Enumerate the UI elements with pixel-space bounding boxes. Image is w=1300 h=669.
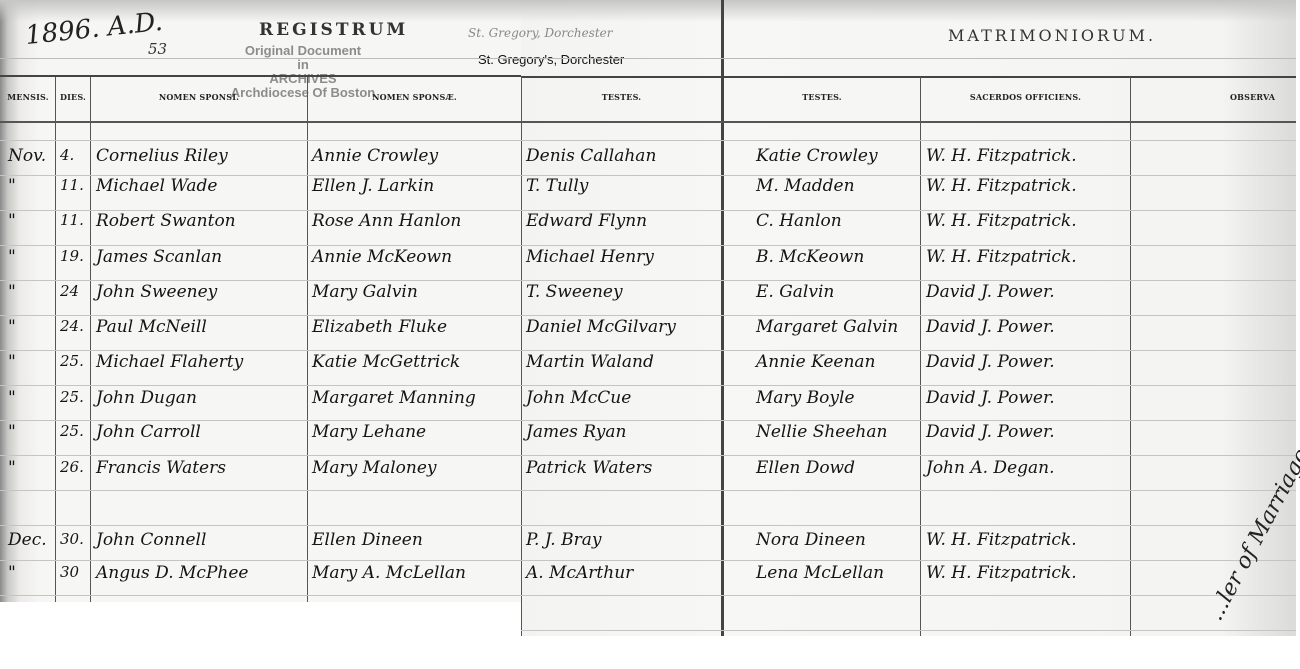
ruled-line [0, 280, 521, 281]
entry-testis-1: John McCue [526, 388, 631, 408]
entry-sponsus: Robert Swanton [96, 211, 236, 231]
entry-sponsus: Michael Flaherty [96, 352, 243, 372]
entry-sponsus: John Carroll [96, 422, 201, 442]
entry-dies: 30 [60, 563, 79, 581]
register-title-right: MATRIMONIORUM. [948, 26, 1156, 45]
ruled-line [0, 420, 521, 421]
entry-testis-1: A. McArthur [526, 563, 633, 583]
entry-mensis: " [8, 422, 16, 442]
entry-sacerdos: David J. Power. [926, 388, 1055, 408]
entry-sacerdos: David J. Power. [926, 317, 1055, 337]
ruled-line [521, 420, 1296, 421]
entry-sponsus: Angus D. McPhee [96, 563, 248, 583]
entry-testis-2: Lena McLellan [756, 563, 884, 583]
ruled-line [521, 525, 1296, 526]
entry-testis-2: Mary Boyle [756, 388, 855, 408]
entry-sponsus: John Connell [96, 530, 206, 550]
header-rule-bottom-left [0, 121, 521, 123]
entry-sacerdos: W. H. Fitzpatrick. [926, 247, 1077, 267]
entry-mensis: " [8, 282, 16, 302]
col-header-observa: OBSERVA [1230, 92, 1300, 102]
entry-sponsa: Annie Crowley [312, 146, 438, 166]
entry-testis-2: Nellie Sheehan [756, 422, 887, 442]
col-divider [521, 77, 522, 636]
entry-mensis: " [8, 247, 16, 267]
entry-sacerdos: W. H. Fitzpatrick. [926, 211, 1077, 231]
entry-sponsa: Mary Galvin [312, 282, 418, 302]
entry-mensis: " [8, 176, 16, 196]
entry-testis-2: Katie Crowley [756, 146, 878, 166]
ruled-line [0, 525, 521, 526]
entry-sponsus: Cornelius Riley [96, 146, 228, 166]
entry-sponsa: Ellen J. Larkin [312, 176, 434, 196]
entry-testis-2: E. Galvin [756, 282, 834, 302]
col-divider [1130, 77, 1131, 636]
entry-dies: 25. [60, 422, 84, 440]
entry-testis-1: Martin Waland [526, 352, 654, 372]
entry-sacerdos: W. H. Fitzpatrick. [926, 176, 1077, 196]
entry-testis-1: Michael Henry [526, 247, 654, 267]
ruled-line [521, 595, 1296, 596]
ruled-line [521, 490, 1296, 491]
ruled-line [521, 245, 1296, 246]
entry-dies: 24. [60, 317, 84, 335]
ruled-line [521, 140, 1296, 141]
entry-sponsus: John Sweeney [96, 282, 217, 302]
entry-sponsa: Annie McKeown [312, 247, 452, 267]
ruled-line [0, 490, 521, 491]
entry-sponsa: Katie McGettrick [312, 352, 460, 372]
page-number: 53 [148, 40, 167, 58]
entry-dies: 25. [60, 352, 84, 370]
entry-dies: 25. [60, 388, 84, 406]
entry-testis-2: M. Madden [756, 176, 855, 196]
header-rule-bottom-right [521, 121, 1296, 123]
entry-mensis: " [8, 563, 16, 583]
entry-dies: 19. [60, 247, 84, 265]
ruled-line [521, 315, 1296, 316]
entry-sponsa: Margaret Manning [312, 388, 476, 408]
ruled-line [0, 385, 521, 386]
entry-testis-2: Annie Keenan [756, 352, 875, 372]
entry-sacerdos: W. H. Fitzpatrick. [926, 530, 1077, 550]
ruled-line [521, 560, 1296, 561]
col-header-sponsa: NOMEN SPONSÆ. [308, 92, 521, 102]
col-divider [920, 77, 921, 636]
col-header-testes-1: TESTES. [522, 92, 721, 102]
entry-sponsa: Mary Lehane [312, 422, 426, 442]
ruled-line [521, 455, 1296, 456]
entry-sacerdos: John A. Degan. [926, 458, 1055, 478]
ruled-line [521, 630, 1296, 631]
col-divider [55, 77, 56, 602]
entry-testis-1: T. Tully [526, 176, 588, 196]
register-title-left: REGISTRUM [259, 20, 408, 40]
pencil-parish-note: St. Gregory, Dorchester [468, 26, 613, 40]
entry-mensis: Dec. [8, 530, 47, 550]
entry-sacerdos: David J. Power. [926, 282, 1055, 302]
entry-testis-2: Margaret Galvin [756, 317, 898, 337]
entry-sacerdos: David J. Power. [926, 422, 1055, 442]
entry-testis-1: Daniel McGilvary [526, 317, 676, 337]
entry-testis-1: James Ryan [526, 422, 626, 442]
entry-mensis: " [8, 458, 16, 478]
entry-sponsa: Mary A. McLellan [312, 563, 466, 583]
entry-mensis: " [8, 317, 16, 337]
header-rule-top-right [521, 76, 1296, 78]
entry-mensis: Nov. [8, 146, 46, 166]
entry-testis-2: B. McKeown [756, 247, 864, 267]
entry-mensis: " [8, 211, 16, 231]
col-header-sponsus: NOMEN SPONSI. [91, 92, 307, 102]
entry-testis-1: Denis Callahan [526, 146, 656, 166]
entry-testis-2: C. Hanlon [756, 211, 842, 231]
entry-sponsa: Ellen Dineen [312, 530, 423, 550]
entry-testis-1: Patrick Waters [526, 458, 652, 478]
entry-dies: 24 [60, 282, 79, 300]
entry-dies: 11. [60, 176, 84, 194]
col-header-dies: DIES. [56, 92, 90, 102]
entry-sponsa: Mary Maloney [312, 458, 437, 478]
entry-sponsa: Elizabeth Fluke [312, 317, 447, 337]
ruled-line [521, 280, 1296, 281]
entry-dies: 4. [60, 146, 74, 164]
header-rule-top-left [0, 75, 521, 77]
ruled-line [0, 140, 521, 141]
entry-dies: 30. [60, 530, 84, 548]
entry-sacerdos: W. H. Fitzpatrick. [926, 146, 1077, 166]
entry-testis-1: T. Sweeney [526, 282, 623, 302]
entry-sponsus: Paul McNeill [96, 317, 207, 337]
col-divider [307, 77, 308, 602]
col-header-sacerdos: SACERDOS OFFICIENS. [921, 92, 1130, 102]
parish-caption: St. Gregory's, Dorchester [478, 52, 624, 67]
entry-dies: 11. [60, 211, 84, 229]
title-underline [0, 58, 1296, 59]
ruled-line [0, 245, 521, 246]
entry-sponsus: James Scanlan [96, 247, 222, 267]
entry-testis-2: Nora Dineen [756, 530, 866, 550]
entry-testis-2: Ellen Dowd [756, 458, 855, 478]
ruled-line [521, 350, 1296, 351]
entry-sponsa: Rose Ann Hanlon [312, 211, 461, 231]
page-edge-shadow [0, 0, 1296, 22]
col-divider [90, 77, 91, 602]
entry-testis-1: P. J. Bray [526, 530, 601, 550]
entry-sponsus: Francis Waters [96, 458, 226, 478]
col-header-mensis: MENSIS. [2, 92, 54, 102]
ruled-line [521, 385, 1296, 386]
ruled-line [0, 455, 521, 456]
entry-testis-1: Edward Flynn [526, 211, 647, 231]
ruled-line [521, 175, 1296, 176]
entry-mensis: " [8, 388, 16, 408]
ruled-line [0, 350, 521, 351]
entry-sponsus: Michael Wade [96, 176, 217, 196]
col-header-testes-2: TESTES. [724, 92, 920, 102]
ruled-line [0, 595, 521, 596]
ruled-line [0, 315, 521, 316]
entry-dies: 26. [60, 458, 84, 476]
entry-mensis: " [8, 352, 16, 372]
ruled-line [0, 560, 521, 561]
entry-sacerdos: W. H. Fitzpatrick. [926, 563, 1077, 583]
entry-sacerdos: David J. Power. [926, 352, 1055, 372]
entry-sponsus: John Dugan [96, 388, 197, 408]
